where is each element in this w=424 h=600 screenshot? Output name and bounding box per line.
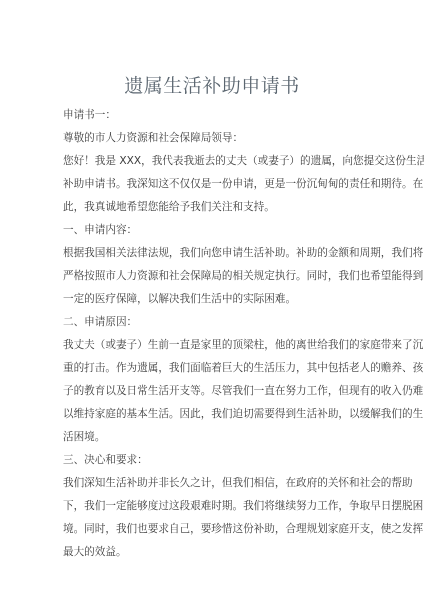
- content-paragraph-line: 一定的医疗保障，以解决我们生活中的实际困难。: [63, 288, 361, 311]
- document-page: 遗属生活补助申请书 申请书一： 尊敬的市人力资源和社会保障局领导： 您好！我是 …: [0, 0, 424, 600]
- intro-paragraph-line: 补助申请书。我深知这不仅仅是一份申请，更是一份沉甸甸的责任和期待。在: [63, 173, 361, 196]
- document-body: 申请书一： 尊敬的市人力资源和社会保障局领导： 您好！我是 XXX，我代表我逝去…: [63, 104, 361, 564]
- reason-paragraph-line: 重的打击。作为遗属，我们面临着巨大的生活压力，其中包括老人的赡养、孩: [63, 357, 361, 380]
- reason-paragraph-line: 以维持家庭的基本生活。因此，我们迫切需要得到生活补助，以缓解我们的生: [63, 403, 361, 426]
- section-heading-resolve: 三、决心和要求：: [63, 449, 361, 472]
- resolve-paragraph-line: 境。同时，我们也要求自己，要珍惜这份补助，合理规划家庭开支，使之发挥: [63, 518, 361, 541]
- addressee-line: 尊敬的市人力资源和社会保障局领导：: [63, 127, 361, 150]
- reason-paragraph-line: 子的教育以及日常生活开支等。尽管我们一直在努力工作，但现有的收入仍难: [63, 380, 361, 403]
- document-title: 遗属生活补助申请书: [0, 72, 424, 100]
- content-paragraph-line: 根据我国相关法律法规，我们向您申请生活补助。补助的金额和周期，我们将: [63, 242, 361, 265]
- salutation-label: 申请书一：: [63, 104, 361, 127]
- reason-paragraph-line: 我丈夫（或妻子）生前一直是家里的顶梁柱，他的离世给我们的家庭带来了沉: [63, 334, 361, 357]
- intro-paragraph-line: 您好！我是 XXX，我代表我逝去的丈夫（或妻子）的遗属，向您提交这份生活: [63, 150, 361, 173]
- resolve-paragraph-line: 下，我们一定能够度过这段艰难时期。我们将继续努力工作，争取早日摆脱困: [63, 495, 361, 518]
- resolve-paragraph-line: 最大的效益。: [63, 541, 361, 564]
- intro-paragraph-line: 此，我真诚地希望您能给予我们关注和支持。: [63, 196, 361, 219]
- resolve-paragraph-line: 我们深知生活补助并非长久之计，但我们相信，在政府的关怀和社会的帮助: [63, 472, 361, 495]
- reason-paragraph-line: 活困境。: [63, 426, 361, 449]
- content-paragraph-line: 严格按照市人力资源和社会保障局的相关规定执行。同时，我们也希望能得到: [63, 265, 361, 288]
- section-heading-content: 一、申请内容：: [63, 219, 361, 242]
- section-heading-reason: 二、申请原因：: [63, 311, 361, 334]
